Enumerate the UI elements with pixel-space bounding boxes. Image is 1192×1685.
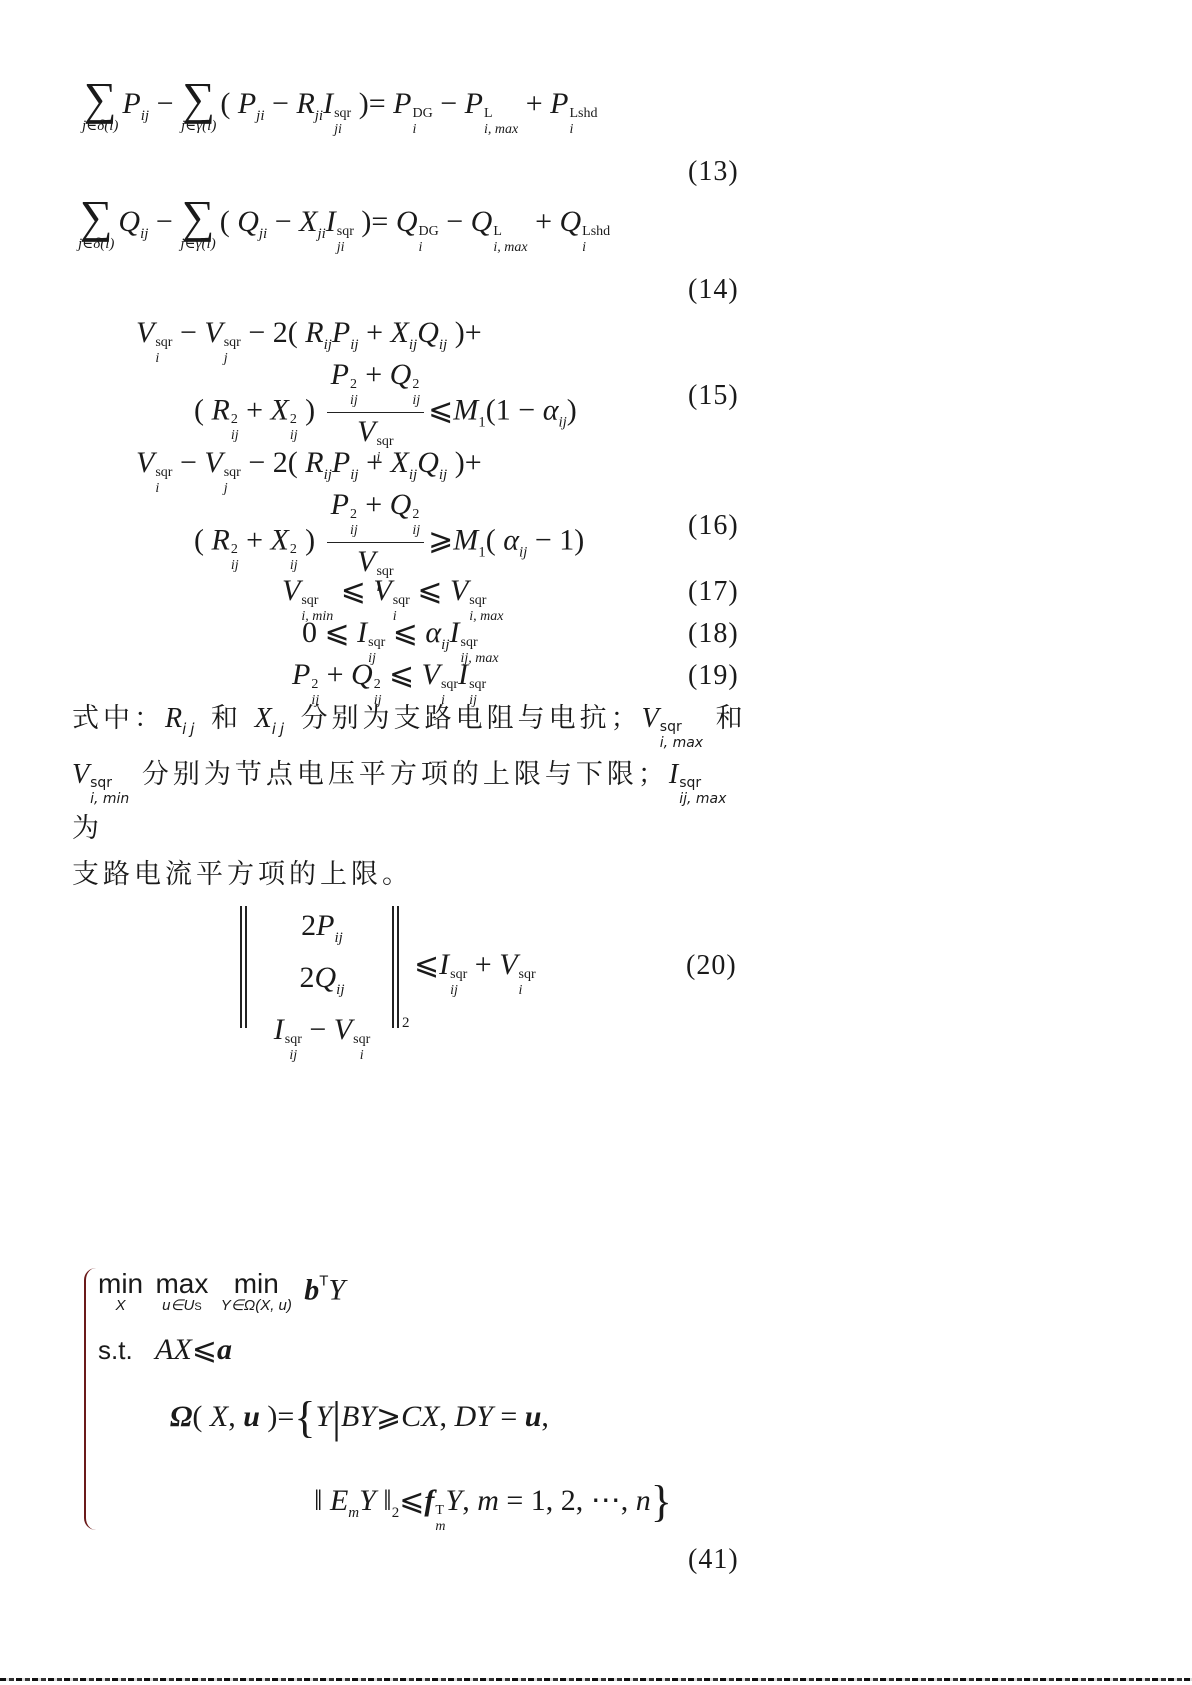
equation-41-constraint3: ‖ EmY ‖2⩽fTmY, m = 1, 2, ⋯, n} xyxy=(314,1480,672,1534)
equation-13: ∑j∈δ(i)Pij − ∑j∈γ(i)( Pji − RjiIsqrji )=… xyxy=(82,78,597,137)
equation-number: (15) xyxy=(688,380,739,412)
equation-number: (19) xyxy=(688,660,739,692)
equation-15-line1: Vsqri − Vsqrj − 2( RijPij + XijQij )+ xyxy=(136,318,482,366)
explanation-paragraph: 式中：Rij 和 Xij 分别为支路电阻与电抗；Vsqri, max 和 Vsq… xyxy=(72,696,752,898)
cases-brace xyxy=(84,1268,96,1530)
equation-number: (20) xyxy=(686,950,737,982)
equation-20-vector: 2Pij 2Qij Isqrij − Vsqri xyxy=(254,906,390,1063)
equation-14: ∑j∈δ(i)Qij − ∑j∈γ(i)( Qji − XjiIsqrji )=… xyxy=(78,196,610,255)
page-bottom-edge xyxy=(0,1678,1192,1681)
equation-41-constraint2: Ω( X, u )={Y|BY⩾CX, DY = u, xyxy=(170,1396,549,1440)
equation-number: (16) xyxy=(688,510,739,542)
equation-number: (13) xyxy=(688,156,739,188)
norm-right-bar xyxy=(392,906,399,1028)
equation-number: (18) xyxy=(688,618,739,650)
norm-left-bar xyxy=(240,906,247,1028)
sum-symbol: ∑j∈δ(i) xyxy=(82,78,118,134)
equation-number: (41) xyxy=(688,1544,739,1576)
equation-number: (17) xyxy=(688,576,739,608)
equation-number: (14) xyxy=(688,274,739,306)
equation-20-rhs: ⩽Isqrij + Vsqri xyxy=(414,950,536,998)
equation-41-objective: minX maxu∈US minY∈Ω(X, u) bTY xyxy=(98,1270,345,1313)
equation-16-line1: Vsqri − Vsqrj − 2( RijPij + XijQij )+ xyxy=(136,448,482,496)
norm-subscript: 2 xyxy=(402,1016,410,1031)
equation-41-constraint1: s.t. AX⩽a xyxy=(98,1335,232,1365)
